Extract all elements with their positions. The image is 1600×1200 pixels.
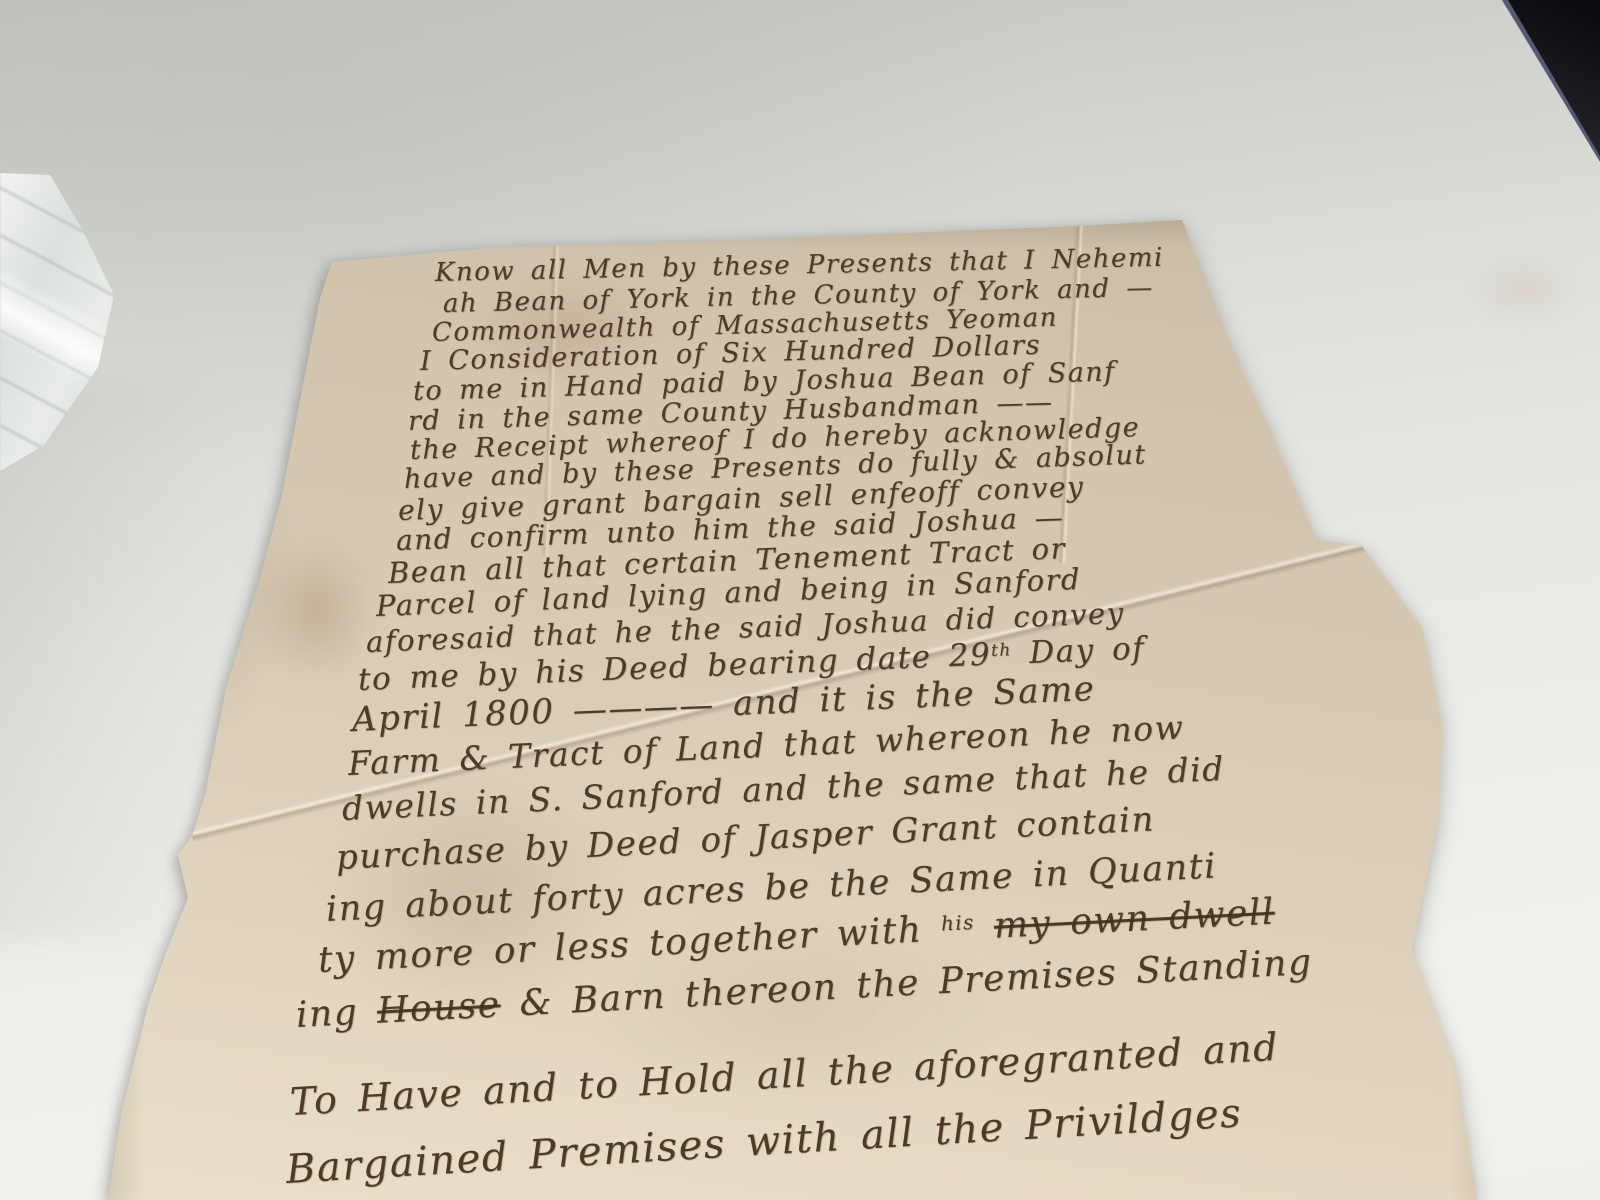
table-smudge bbox=[1468, 255, 1578, 325]
paper-stain bbox=[470, 275, 660, 385]
dark-corner-object-face bbox=[1488, 0, 1600, 162]
fold-crease-vertical bbox=[1057, 223, 1084, 563]
photo-scene: Know all Men by these Presents that I Ne… bbox=[0, 0, 1600, 1200]
paper-stain bbox=[580, 915, 1010, 1105]
paper-stain bbox=[310, 775, 630, 1015]
dark-corner-object bbox=[1488, 0, 1600, 162]
deed-document-paper bbox=[100, 215, 1485, 1200]
